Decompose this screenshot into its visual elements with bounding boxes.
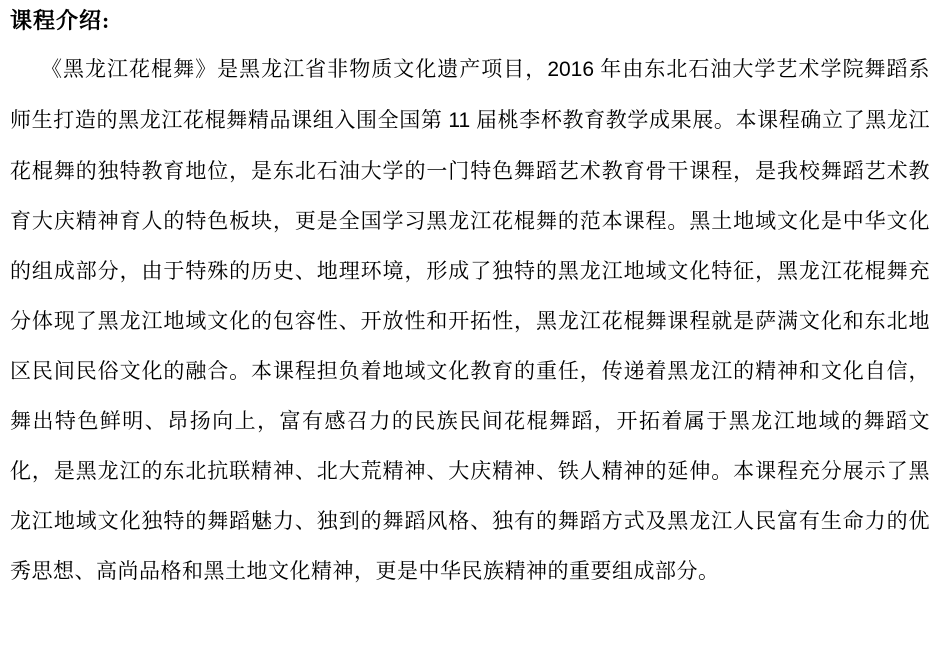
page-title: 课程介绍: xyxy=(10,6,930,36)
document-page: 课程介绍: 《黑龙江花棍舞》是黑龙江省非物质文化遗产项目，2016 年由东北石油… xyxy=(0,0,940,654)
course-intro-paragraph: 《黑龙江花棍舞》是黑龙江省非物质文化遗产项目，2016 年由东北石油大学艺术学院… xyxy=(10,44,930,596)
